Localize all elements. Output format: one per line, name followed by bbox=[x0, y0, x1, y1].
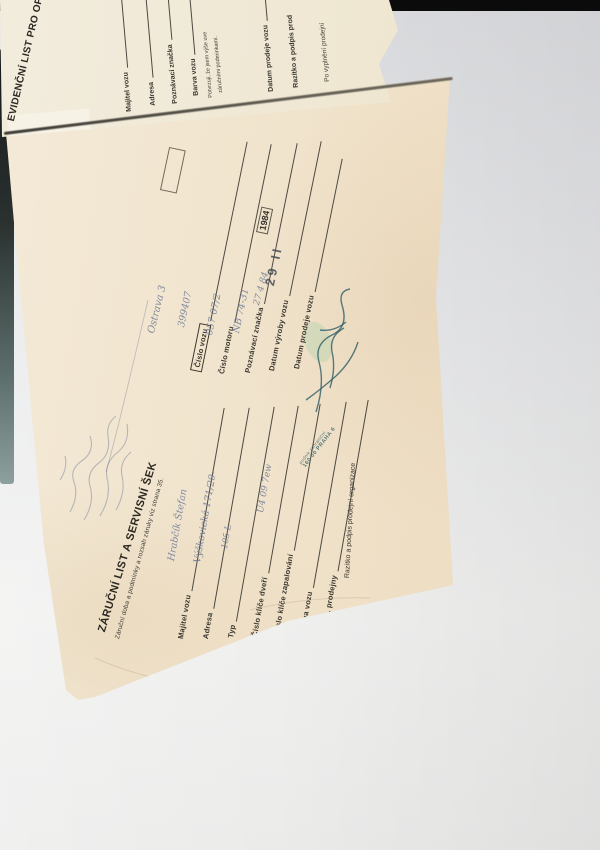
field-typ: Typ bbox=[226, 406, 276, 639]
evid-field-razitko: Razítko a podpis prod bbox=[287, 15, 300, 88]
field-label: Datum prodeje vozu bbox=[262, 25, 275, 92]
field-label: Adresa bbox=[201, 612, 214, 640]
field-datum-prodeje-vozu: Datum prodeje vozu bbox=[292, 157, 344, 369]
field-label: Majitel vozu bbox=[123, 72, 133, 112]
field-label: Majitel vozu bbox=[176, 594, 193, 640]
field-label: Číslo klíče dveří bbox=[250, 576, 269, 637]
field-line bbox=[140, 0, 153, 78]
confirmation-text-line1: Potvrzuji, že jsem výše uve bbox=[202, 31, 214, 98]
field-line bbox=[183, 0, 195, 54]
dealer-signature-scribble bbox=[306, 289, 358, 412]
field-line bbox=[116, 0, 128, 68]
handwriting-majitel-value: Hrabčík Štefan bbox=[166, 488, 190, 562]
evid-field-majitel-vozu: Majitel vozu bbox=[112, 0, 133, 112]
field-line bbox=[259, 0, 268, 21]
field-label: Adresa bbox=[148, 82, 157, 106]
field-label: Číslo motoru bbox=[217, 325, 236, 374]
field-line bbox=[162, 0, 172, 40]
evidence-title: EVIDENČNÍ LIST PRO OPR bbox=[6, 0, 47, 122]
field-label: Datum výroby vozu bbox=[267, 299, 290, 372]
confirmation-text-line2: záručními podmínkami. bbox=[213, 36, 224, 93]
handwriting-cislo-vozu-value: 399407 bbox=[176, 291, 194, 329]
evid-field-po-vyplneni: Po vyplnění prodejní bbox=[319, 22, 331, 82]
field-line bbox=[314, 159, 342, 292]
handwriting-adresa-value: Výškovická 171/20- bbox=[192, 470, 219, 563]
field-label: Poznávací značka bbox=[167, 44, 179, 104]
scanned-warranty-booklet: ZÁRUČNÍ LIST A SERVISNÍ ŠEK Záruční doba… bbox=[0, 0, 600, 850]
evid-field-barva-vozu: Barva vozu bbox=[179, 0, 200, 96]
handwriting-adresa-value2: Ostrava 3 bbox=[146, 284, 169, 334]
evid-field-datum-prodeje: Datum prodeje vozu bbox=[254, 0, 275, 92]
field-label: Typ bbox=[226, 624, 237, 639]
date-stamp: 29 II bbox=[262, 245, 285, 288]
empty-value-box bbox=[160, 147, 186, 194]
field-label: Datum prodeje vozu bbox=[292, 294, 316, 370]
field-label: Barva vozu bbox=[190, 58, 200, 96]
field-label: Poznávací značka bbox=[243, 306, 265, 373]
field-cislo-motoru: Číslo motoru bbox=[217, 143, 273, 375]
evid-field-adresa: Adresa bbox=[136, 0, 157, 106]
evid-field-poznavaci-znacka: Poznávací značka bbox=[158, 0, 179, 104]
